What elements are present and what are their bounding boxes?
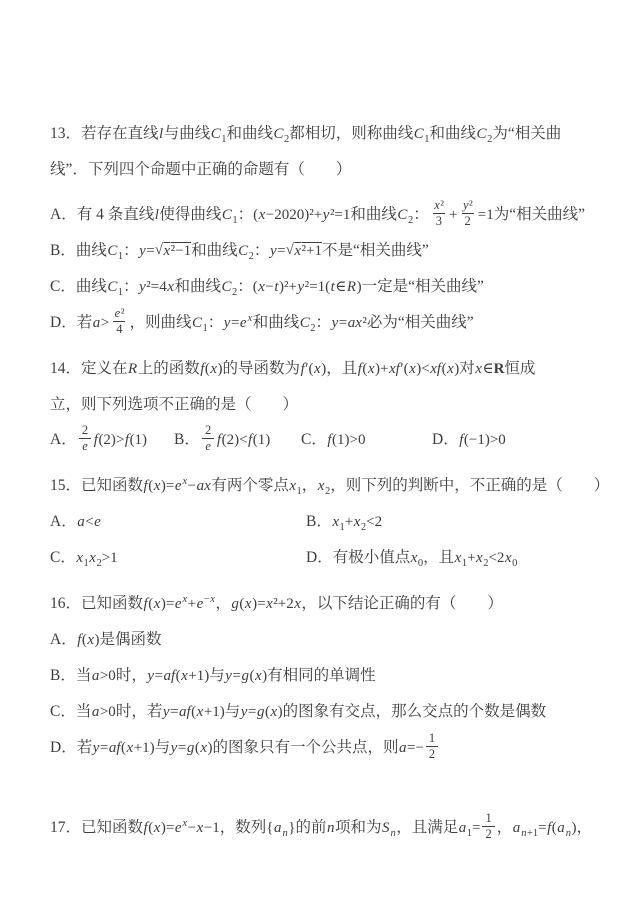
fraction: y²2 (459, 198, 475, 229)
text-run: 是偶函数 (100, 631, 162, 648)
math-expression: C2 (299, 315, 315, 331)
q14-line-2: 立，则下列选项不正确的是（ ） (50, 387, 614, 422)
math-expression: f(x)=ex+e−x (143, 596, 215, 612)
q14-options-row-cell-3: C．f(1)>0 (301, 422, 432, 458)
text-run: ： (123, 278, 139, 295)
math-expression: f(x)+xf′(x)<xf(x) (357, 361, 459, 377)
text-run: ： (316, 314, 332, 331)
q15-line-1: 15．已知函数f(x)=ex−ax有两个零点x1，x2，则下列的判断中，不正确的… (50, 468, 614, 504)
math-expression: x1 (289, 478, 302, 494)
math-expression: y=g(x) (240, 704, 282, 720)
text-run: 15．已知函数 (50, 477, 143, 494)
math-expression: a<e (77, 514, 102, 530)
text-run: 与 (209, 667, 225, 684)
text-run: 不是“相关曲线” (322, 242, 429, 259)
math-expression: y=af(x+1) (147, 668, 209, 684)
text-run: 13．若存在直线 (50, 125, 159, 142)
q13-line-2: 线”．下列四个命题中正确的命题有（ ） (50, 152, 614, 187)
math-expression: C1 (413, 126, 429, 142)
text-run: 一定是“相关曲线” (362, 278, 484, 295)
text-run: C．曲线 (50, 278, 107, 295)
text-run: 对 (459, 360, 475, 377)
q16-option-d: D．若y=af(x+1)与y=g(x)的图象只有一个公共点，则a=−12 (50, 730, 614, 766)
fraction: x²3 (431, 198, 447, 229)
math-expression: a>e²4 (92, 315, 129, 331)
text-run: 与曲线 (164, 125, 211, 142)
math-expression: x1x2>1 (76, 550, 118, 566)
fraction: 12 (482, 811, 494, 842)
math-expression: x1+x2<2x0 (454, 550, 517, 566)
text-run: 与 (225, 703, 241, 720)
math-expression: x0 (410, 550, 423, 566)
math-expression: x1+x2<2 (332, 514, 382, 530)
text-run: ： (413, 206, 429, 223)
text-run: ： (208, 314, 224, 331)
text-run: 14．定义在 (50, 360, 128, 377)
text-run: 的前 (295, 819, 326, 836)
text-run: 17．已知函数 (50, 819, 143, 836)
math-expression: f(1)>0 (327, 432, 366, 448)
text-run: 为“相关曲线” (494, 206, 585, 223)
q14-options-row-cell-2: B．2ef(2)<f(1) (174, 422, 301, 458)
math-expression: C1 (210, 126, 226, 142)
text-run: 都相切，则称曲线 (289, 125, 413, 142)
math-expression: C2 (476, 126, 492, 142)
text-run: 恒成 (504, 360, 535, 377)
q15-options-row-ab-cell-1: A．a<e (50, 504, 306, 540)
math-expression: C1 (107, 243, 123, 259)
text-run: 的图象有交点，那么交点的个数是偶数 (283, 703, 547, 720)
q13-option-b: B．曲线C1：y=√x²−1和曲线C2：y=√x²+1不是“相关曲线” (50, 233, 614, 269)
text-run: 的导函数为 (223, 360, 301, 377)
math-expression: y=ex (223, 315, 252, 331)
math-expression: C1 (192, 315, 208, 331)
math-expression: x∈R (475, 361, 505, 377)
text-run: ， (215, 595, 231, 612)
text-run: 为“相关曲 (492, 125, 561, 142)
math-expression: y=ax² (331, 315, 367, 331)
text-run: 时，若 (116, 703, 163, 720)
text-run: B． (174, 431, 200, 448)
text-run: 与 (155, 739, 171, 756)
math-expression: {an} (266, 820, 295, 836)
math-expression: (x−t)²+y²=1(t∈R) (253, 279, 362, 295)
math-expression: x²3+y²2=1 (429, 207, 494, 223)
text-run: 和曲线 (174, 278, 221, 295)
text-run: ，以下结论正确的有（ ） (301, 595, 503, 612)
text-run: 和曲线 (226, 125, 273, 142)
text-run: C． (301, 431, 327, 448)
q15-options-row-cd-cell-2: D．有极小值点x0，且x1+x2<2x0 (306, 540, 517, 576)
text-run: ，数列 (220, 819, 267, 836)
text-run: C．当 (50, 703, 91, 720)
math-expression: y=af(x+1) (92, 740, 154, 756)
math-expression: y=√x²+1 (269, 243, 322, 259)
q16-line-1: 16．已知函数f(x)=ex+e−x，g(x)=x²+2x，以下结论正确的有（ … (50, 586, 614, 622)
q15-options-row-ab-cell-2: B．x1+x2<2 (306, 504, 382, 540)
text-run: ： (238, 206, 254, 223)
text-run: 和曲线 (253, 314, 300, 331)
q13-option-a: A．有 4 条直线l使得曲线C1：(x−2020)²+y²=1和曲线C2：x²3… (50, 197, 614, 233)
math-expression: C2 (221, 279, 237, 295)
text-run: ，且满足 (396, 819, 458, 836)
q13-option-d: D．若a>e²4，则曲线C1：y=ex和曲线C2：y=ax²必为“相关曲线” (50, 305, 614, 341)
math-expression: y=g(x) (170, 740, 212, 756)
fraction: 2e (79, 423, 92, 454)
q13-option-c: C．曲线C1：y²=4x和曲线C2：(x−t)²+y²=1(t∈R)一定是“相关… (50, 269, 614, 305)
text-run: ，则下列的判断中，不正确的是（ ） (330, 477, 609, 494)
text-run: 项和为 (335, 819, 382, 836)
math-expression: C1 (107, 279, 123, 295)
math-expression: y=√x²−1 (139, 243, 192, 259)
text-run: D．若 (50, 314, 92, 331)
math-expression: C2 (397, 207, 413, 223)
q16-option-a: A．f(x)是偶函数 (50, 622, 614, 658)
text-run: ， (577, 819, 593, 836)
q16-option-c: C．当a>0时，若y=af(x+1)与y=g(x)的图象有交点，那么交点的个数是… (50, 694, 614, 730)
text-run: ， (302, 477, 318, 494)
math-expression: C2 (273, 126, 289, 142)
text-run: 16．已知函数 (50, 595, 143, 612)
math-expression: a1=12 (458, 820, 496, 836)
fraction: e²4 (111, 306, 127, 337)
math-expression: y²=4x (139, 279, 175, 295)
q15-options-row-cd: C．x1x2>1D．有极小值点x0，且x1+x2<2x0 (50, 540, 614, 576)
math-expression: a=−12 (399, 740, 441, 756)
q14-options-row: A．2ef(2)>f(1)B．2ef(2)<f(1)C．f(1)>0D．f(−1… (50, 422, 614, 458)
math-expression: f(x) (200, 361, 223, 377)
math-expression: f(x) (77, 632, 100, 648)
fraction: 2e (202, 423, 215, 454)
math-expression: 2ef(2)<f(1) (200, 432, 270, 448)
math-expression: f(x)=ex−x−1 (143, 820, 220, 836)
text-run: C． (50, 549, 76, 566)
text-run: 和曲线 (350, 206, 397, 223)
text-run: D． (432, 431, 459, 448)
text-run: B．曲线 (50, 242, 107, 259)
text-run: ： (254, 242, 270, 259)
text-run: ，且 (423, 549, 454, 566)
text-run: D．有极小值点 (306, 549, 410, 566)
math-expression: x2 (317, 478, 330, 494)
radical-sign-icon: √ (286, 233, 294, 268)
radical-sign-icon: √ (155, 233, 163, 268)
radical: √x²−1 (155, 243, 191, 259)
text-run: 使得曲线 (159, 206, 221, 223)
text-run: 的图象只有一个公共点，则 (212, 739, 398, 756)
math-expression: f′(x) (300, 361, 326, 377)
text-run: 和曲线 (430, 125, 477, 142)
text-run: A． (50, 513, 77, 530)
text-run: A． (50, 431, 77, 448)
math-expression: g(x)=x²+2x (231, 596, 301, 612)
text-run: A．有 4 条直线 (50, 206, 154, 223)
text-run: 时， (116, 667, 147, 684)
text-run: ： (237, 278, 253, 295)
text-run: B． (306, 513, 332, 530)
text-run: 有相同的单调性 (267, 667, 376, 684)
math-expression: Sn (381, 820, 396, 836)
fraction: 12 (426, 731, 438, 762)
math-expression: R (128, 361, 138, 377)
text-run: 和曲线 (191, 242, 238, 259)
exam-page: 13．若存在直线l与曲线C1和曲线C2都相切，则称曲线C1和曲线C2为“相关曲线… (0, 0, 640, 846)
text-run: 必为“相关曲线” (367, 314, 474, 331)
text-run: B．当 (50, 667, 91, 684)
math-expression: C2 (238, 243, 254, 259)
text-run: 线”．下列四个命题中正确的命题有（ ） (50, 161, 351, 178)
math-expression: 2ef(2)>f(1) (77, 432, 147, 448)
q17-line-1: 17．已知函数f(x)=ex−x−1，数列{an}的前n项和为Sn，且满足a1=… (50, 810, 614, 846)
q15-options-row-cd-cell-1: C．x1x2>1 (50, 540, 306, 576)
text-run: D．若 (50, 739, 92, 756)
text-run: A． (50, 631, 77, 648)
math-expression: f(−1)>0 (459, 432, 506, 448)
text-run: 立，则下列选项不正确的是（ ） (50, 396, 298, 413)
q15-options-row-ab: A．a<eB．x1+x2<2 (50, 504, 614, 540)
text-run: ， (497, 819, 513, 836)
q14-line-1: 14．定义在R上的函数f(x)的导函数为f′(x)，且f(x)+xf′(x)<x… (50, 351, 614, 387)
text-run: 上的函数 (138, 360, 200, 377)
math-expression: n (326, 820, 335, 836)
math-expression: y=af(x+1) (162, 704, 224, 720)
text-run: 有两个零点 (211, 477, 289, 494)
math-expression: C1 (221, 207, 237, 223)
math-expression: an+1=f(an) (512, 820, 576, 836)
math-expression: a>0 (91, 668, 115, 684)
text-run: ： (123, 242, 139, 259)
q14-options-row-cell-4: D．f(−1)>0 (432, 422, 506, 458)
radical: √x²+1 (286, 243, 322, 259)
text-run: ，且 (326, 360, 357, 377)
q16-option-b: B．当a>0时，y=af(x+1)与y=g(x)有相同的单调性 (50, 658, 614, 694)
text-run: ，则曲线 (129, 314, 191, 331)
q13-line-1: 13．若存在直线l与曲线C1和曲线C2都相切，则称曲线C1和曲线C2为“相关曲 (50, 116, 614, 152)
math-expression: a>0 (91, 704, 115, 720)
math-expression: (x−2020)²+y²=1 (253, 207, 350, 223)
math-expression: y=g(x) (225, 668, 267, 684)
math-expression: f(x)=ex−ax (143, 478, 211, 494)
q14-options-row-cell-1: A．2ef(2)>f(1) (50, 422, 174, 458)
